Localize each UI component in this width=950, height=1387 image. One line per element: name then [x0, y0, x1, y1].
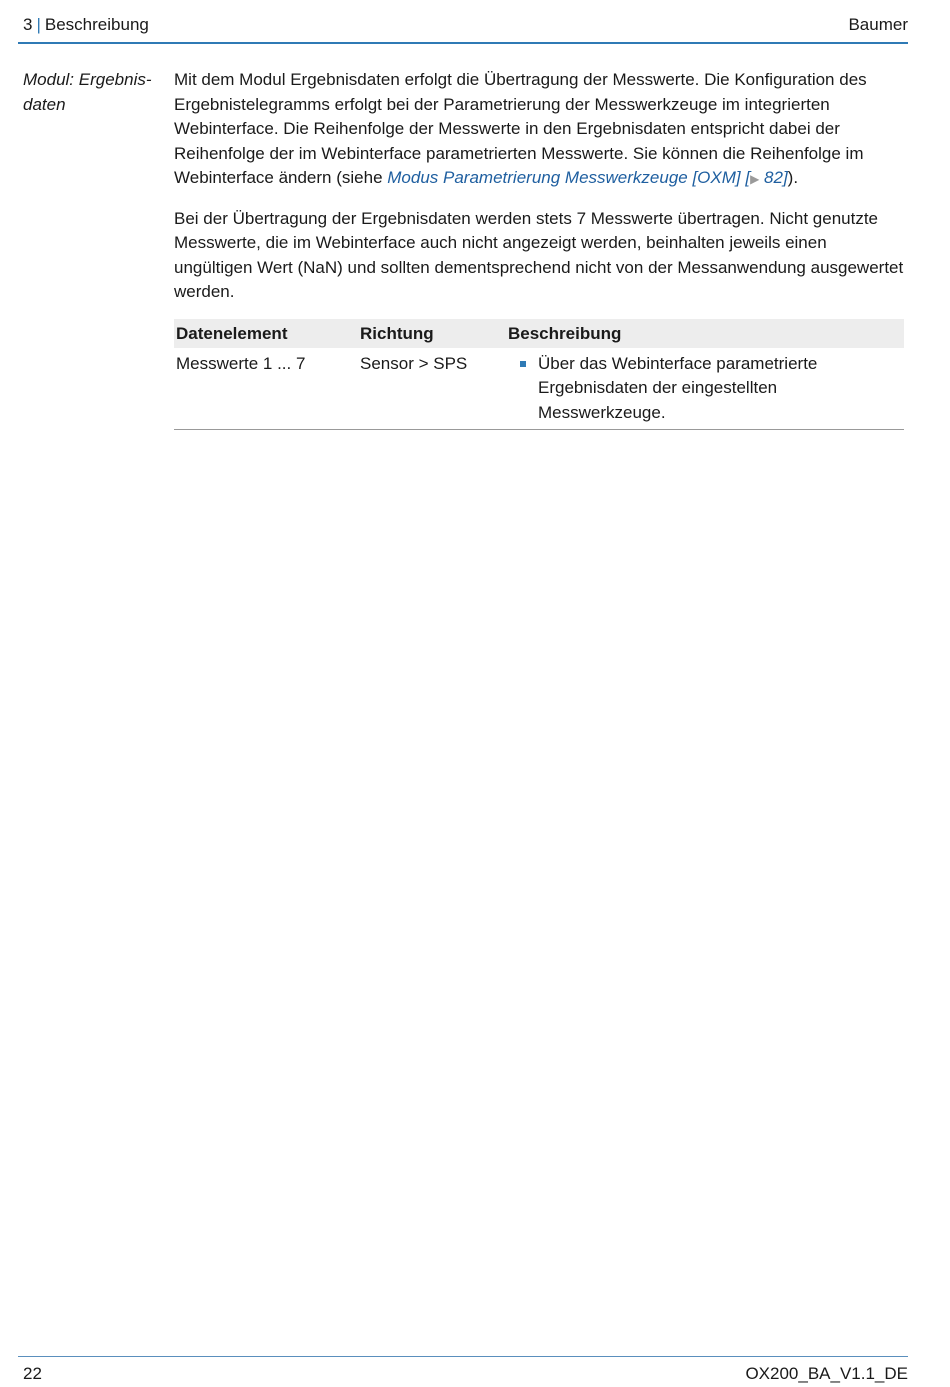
table-row: Messwerte 1 ... 7 Sensor > SPS Über das … — [174, 348, 904, 430]
paragraph-2: Bei der Übertragung der Ergebnisdaten we… — [174, 207, 904, 305]
page-header: 3|Beschreibung Baumer — [18, 14, 908, 44]
chapter-number: 3 — [23, 15, 32, 34]
cell-description: Über das Webinterface parametrierte Erge… — [506, 348, 904, 430]
separator: | — [36, 15, 40, 34]
bullet-square-icon — [520, 361, 526, 367]
cell-direction: Sensor > SPS — [358, 348, 506, 430]
paragraph-1-end: ). — [788, 168, 798, 187]
brand-name: Baumer — [848, 15, 908, 35]
side-label-line-2: daten — [23, 93, 163, 118]
link-page: 82] — [759, 168, 787, 187]
bullet-text: Über das Webinterface parametrierte Erge… — [538, 352, 902, 426]
page-arrow-icon: ▶ — [750, 172, 759, 186]
chapter-heading: 3|Beschreibung — [23, 15, 149, 35]
column-header-direction: Richtung — [358, 319, 506, 348]
main-content: Mit dem Modul Ergebnisdaten erfolgt die … — [174, 68, 904, 430]
page-number: 22 — [23, 1364, 42, 1384]
bullet-item: Über das Webinterface parametrierte Erge… — [508, 352, 902, 426]
table-header-row: Datenelement Richtung Beschreibung — [174, 319, 904, 348]
page-footer: 22 OX200_BA_V1.1_DE — [18, 1356, 908, 1357]
paragraph-1: Mit dem Modul Ergebnisdaten erfolgt die … — [174, 68, 904, 192]
side-label-line-1: Modul: Ergebnis- — [23, 68, 163, 93]
cross-reference-link[interactable]: Modus Parametrierung Messwerkzeuge [OXM]… — [387, 168, 787, 187]
column-header-description: Beschreibung — [506, 319, 904, 348]
link-text: Modus Parametrierung Messwerkzeuge [OXM]… — [387, 168, 750, 187]
cell-element: Messwerte 1 ... 7 — [174, 348, 358, 430]
side-label: Modul: Ergebnis- daten — [23, 68, 163, 117]
data-table: Datenelement Richtung Beschreibung Messw… — [174, 319, 904, 431]
document-id: OX200_BA_V1.1_DE — [745, 1364, 908, 1384]
chapter-title: Beschreibung — [45, 15, 149, 34]
column-header-element: Datenelement — [174, 319, 358, 348]
